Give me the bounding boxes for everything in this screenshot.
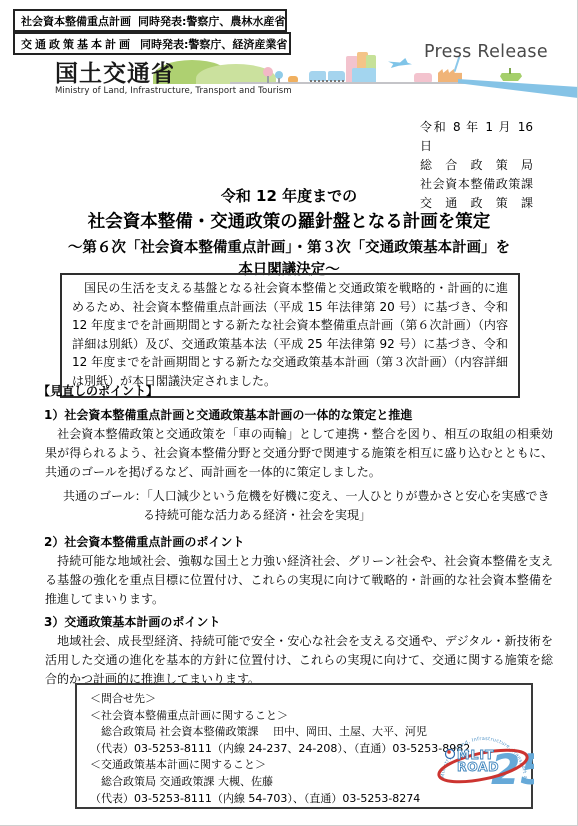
title-line-2: 社会資本整備・交通政策の羅針盤となる計画を策定: [0, 208, 578, 233]
building-icon: [346, 56, 358, 82]
train-icon: [309, 71, 326, 81]
tree-stem: [267, 76, 269, 83]
section-heading: 【見直しのポイント】: [38, 382, 553, 401]
notice-box-infrastructure-plan: 社会資本整備重点計画同時発表:警察庁、農林水産省: [13, 9, 287, 32]
logo-road-text: ROAD: [457, 759, 499, 774]
point-1-title-text: 社会資本整備重点計画と交通政策基本計画の一体的な策定と推進: [64, 408, 412, 422]
tree-icon: [263, 67, 273, 77]
building-icon: [357, 52, 368, 74]
common-goal: 共通のゴール：「人口減少という危機を好機に変え、一人ひとりが豊かさと安心を実感で…: [38, 487, 553, 525]
release-date: 令和 8 年 1 月 16 日: [420, 118, 533, 156]
point-3-title: 3）交通政策基本計画のポイント: [38, 613, 553, 632]
ship-icon: [500, 73, 522, 81]
press-release-page: 社会資本整備重点計画同時発表:警察庁、農林水産省 交通政策基本計画同時発表:警察…: [0, 0, 578, 826]
notice-co-announcers: 同時発表:警察庁、農林水産省: [138, 15, 285, 28]
point-2-title-text: 社会資本整備重点計画のポイント: [64, 535, 244, 549]
water-icon: [458, 79, 578, 98]
point-2-title: 2）社会資本整備重点計画のポイント: [38, 533, 553, 552]
ministry-logo-english: Ministry of Land, Infrastructure, Transp…: [55, 86, 292, 96]
factory-icon: [438, 69, 462, 82]
point-1-number: 1）: [44, 408, 64, 422]
title-line-1: 令和 12 年度までの: [0, 185, 578, 206]
airplane-icon: [388, 58, 412, 68]
notice-box-transport-plan: 交通政策基本計画同時発表:警察庁、経済産業省: [13, 32, 291, 55]
contact-heading: ＜問合せ先＞: [90, 691, 523, 708]
point-2-body: 持続可能な地域社会、強靱な国土と力強い経済社会、グリーン社会や、社会資本整備を支…: [38, 552, 553, 609]
tree-icon: [275, 71, 283, 79]
train-wheels: [310, 80, 344, 82]
press-release-label: Press Release: [424, 42, 548, 62]
bureau-name: 総合政策局: [420, 156, 533, 175]
ministry-logo-text: 国土交通省: [55, 55, 175, 88]
point-3-body: 地域社会、成長型経済、持続可能で安全・安心な社会を支える交通や、デジタル・新技術…: [38, 632, 553, 689]
title-subtitle-1: ～第６次「社会資本整備重点計画」・第３次「交通政策基本計画」を: [0, 236, 578, 257]
ship-mast: [509, 68, 511, 74]
anniversary-logo-icon: Ministry of Land, Infrastructure, Transp…: [434, 712, 534, 804]
notice-plan-name: 社会資本整備重点計画: [21, 13, 131, 29]
ground-line: [230, 82, 465, 84]
building-icon: [352, 68, 376, 82]
review-points-section: 【見直しのポイント】 1）社会資本整備重点計画と交通政策基本計画の一体的な策定と…: [38, 382, 553, 689]
summary-box: 国民の生活を支える基盤となる社会資本整備と交通政策を戦略的・計画的に進めるため、…: [60, 273, 520, 398]
document-title: 令和 12 年度までの 社会資本整備・交通政策の羅針盤となる計画を策定 ～第６次…: [0, 185, 578, 279]
point-1-title: 1）社会資本整備重点計画と交通政策基本計画の一体的な策定と推進: [38, 406, 553, 425]
point-3-title-text: 交通政策基本計画のポイント: [64, 615, 220, 629]
bus-icon: [414, 73, 432, 82]
hill-light-icon: [196, 64, 276, 84]
tree-stem: [278, 78, 280, 83]
notice-plan-name: 交通政策基本計画: [21, 36, 133, 52]
car-icon: [288, 76, 298, 82]
point-1-body: 社会資本整備政策と交通政策を「車の両輪」として連携・整合を図り、相互の取組の相乗…: [38, 425, 553, 482]
train-icon: [328, 71, 345, 81]
notice-co-announcers: 同時発表:警察庁、経済産業省: [140, 38, 287, 51]
logo-globe-sun: [447, 750, 451, 754]
point-2-number: 2）: [44, 535, 64, 549]
point-3-number: 3）: [44, 615, 64, 629]
mlit-road-25-logo: Ministry of Land, Infrastructure, Transp…: [434, 712, 534, 804]
building-icon: [366, 55, 376, 82]
